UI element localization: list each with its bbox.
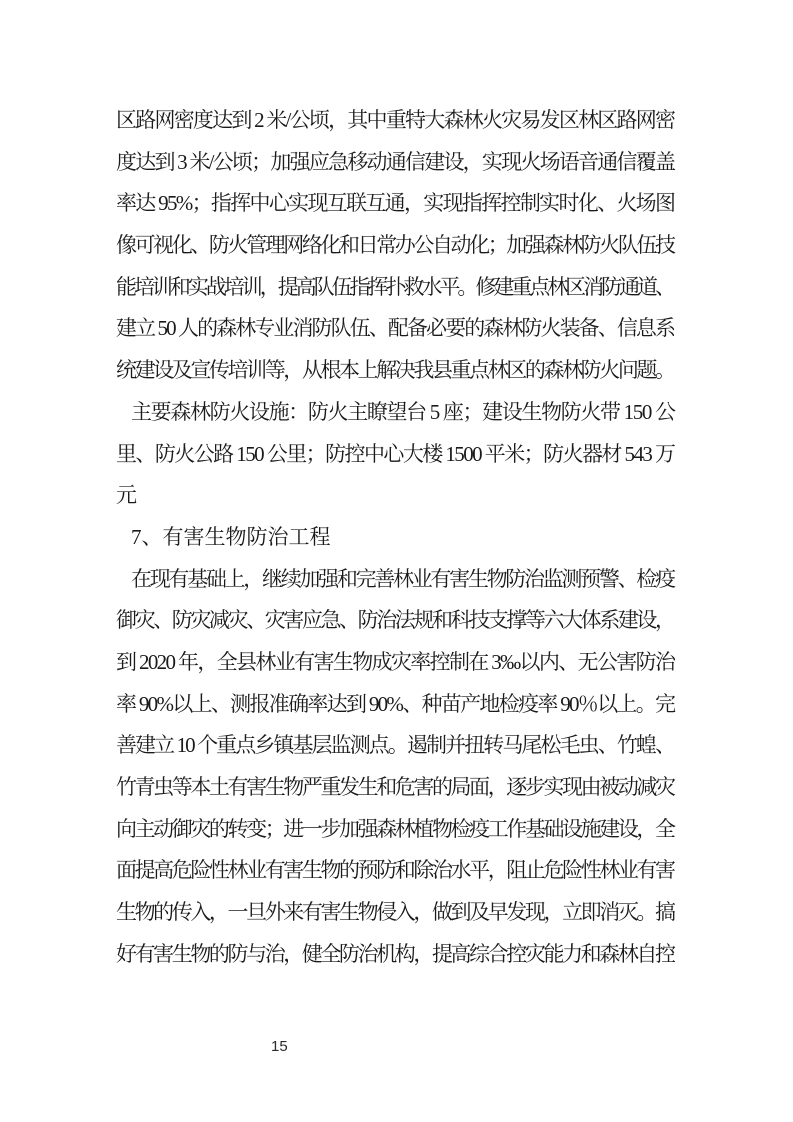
text-line-content: 度达到 3 米/公顷；加强应急移动通信建设，实现火场语音通信覆盖	[116, 150, 674, 174]
text-line-content: 向主动御灾的转变；进一步加强森林植物检疫工作基础设施建设，全	[116, 817, 674, 841]
text-line-content: 好有害生物的防与治，健全防治机构，提高综合控灾能力和森林自控	[116, 942, 674, 966]
text-line: 区路网密度达到 2 米/公顷，其中重特大森林火灾易发区林区路网密	[116, 100, 676, 142]
text-line-content: 区路网密度达到 2 米/公顷，其中重特大森林火灾易发区林区路网密	[116, 108, 674, 132]
document-page: 区路网密度达到 2 米/公顷，其中重特大森林火灾易发区林区路网密度达到 3 米/…	[0, 0, 793, 1122]
text-line-content: 7、有害生物防治工程	[131, 525, 331, 549]
text-line-content: 建立 50 人的森林专业消防队伍、配备必要的森林防火装备、信息系	[116, 316, 674, 340]
text-line-content: 生物的传入，一旦外来有害生物侵入，做到及早发现，立即消灭。搞	[116, 900, 674, 924]
text-line: 元	[116, 475, 676, 517]
text-line: 率 90%以上、测报准确率达到 90%、种苗产地检疫率 90％以上。完	[116, 684, 676, 726]
text-line-content: 面提高危险性林业有害生物的预防和除治水平，阻止危险性林业有害	[116, 858, 674, 882]
text-line: 御灾、防灾减灾、灾害应急、防治法规和科技支撑等六大体系建设，	[116, 600, 676, 642]
text-line-content: 像可视化、防火管理网络化和日常办公自动化；加强森林防火队伍技	[116, 233, 674, 257]
text-line: 到 2020 年，全县林业有害生物成灾率控制在 3‰以内、无公害防治	[116, 642, 676, 684]
body-text-block: 区路网密度达到 2 米/公顷，其中重特大森林火灾易发区林区路网密度达到 3 米/…	[116, 100, 676, 975]
text-line: 统建设及宣传培训等，从根本上解决我县重点林区的森林防火问题。	[116, 350, 676, 392]
text-line: 里、防火公路 150 公里；防控中心大楼 1500 平米；防火器材 543 万	[116, 434, 676, 476]
text-line: 向主动御灾的转变；进一步加强森林植物检疫工作基础设施建设，全	[116, 809, 676, 851]
text-line: 建立 50 人的森林专业消防队伍、配备必要的森林防火装备、信息系	[116, 308, 676, 350]
text-line: 像可视化、防火管理网络化和日常办公自动化；加强森林防火队伍技	[116, 225, 676, 267]
text-line-content: 里、防火公路 150 公里；防控中心大楼 1500 平米；防火器材 543 万	[116, 442, 674, 466]
text-line-content: 统建设及宣传培训等，从根本上解决我县重点林区的森林防火问题。	[116, 358, 674, 382]
text-line-content: 率达 95%；指挥中心实现互联互通，实现指挥控制实时化、火场图	[116, 191, 674, 215]
text-line-content: 到 2020 年，全县林业有害生物成灾率控制在 3‰以内、无公害防治	[116, 650, 674, 674]
text-line-content: 率 90%以上、测报准确率达到 90%、种苗产地检疫率 90％以上。完	[116, 692, 674, 716]
text-line-content: 善建立 10 个重点乡镇基层监测点。遏制并扭转马尾松毛虫、竹蝗、	[116, 733, 674, 757]
text-line: 主要森林防火设施：防火主瞭望台 5 座；建设生物防火带 150 公	[116, 392, 676, 434]
text-line-content: 在现有基础上，继续加强和完善林业有害生物防治监测预警、检疫	[131, 567, 674, 591]
text-line: 竹青虫等本土有害生物严重发生和危害的局面，逐步实现由被动减灾	[116, 767, 676, 809]
text-line: 在现有基础上，继续加强和完善林业有害生物防治监测预警、检疫	[116, 559, 676, 601]
text-line: 善建立 10 个重点乡镇基层监测点。遏制并扭转马尾松毛虫、竹蝗、	[116, 725, 676, 767]
text-line: 生物的传入，一旦外来有害生物侵入，做到及早发现，立即消灭。搞	[116, 892, 676, 934]
text-line-content: 主要森林防火设施：防火主瞭望台 5 座；建设生物防火带 150 公	[131, 400, 675, 424]
text-line: 度达到 3 米/公顷；加强应急移动通信建设，实现火场语音通信覆盖	[116, 142, 676, 184]
text-line: 7、有害生物防治工程	[116, 517, 676, 559]
text-line: 好有害生物的防与治，健全防治机构，提高综合控灾能力和森林自控	[116, 934, 676, 976]
text-line: 面提高危险性林业有害生物的预防和除治水平，阻止危险性林业有害	[116, 850, 676, 892]
text-line-content: 能培训和实战培训，提高队伍指挥扑救水平。修建重点林区消防通道、	[116, 275, 673, 299]
page-number: 15	[271, 1038, 288, 1055]
text-line-content: 元	[116, 483, 137, 507]
text-line-content: 竹青虫等本土有害生物严重发生和危害的局面，逐步实现由被动减灾	[116, 775, 674, 799]
text-line-content: 御灾、防灾减灾、灾害应急、防治法规和科技支撑等六大体系建设，	[116, 608, 674, 632]
text-line: 能培训和实战培训，提高队伍指挥扑救水平。修建重点林区消防通道、	[116, 267, 676, 309]
text-line: 率达 95%；指挥中心实现互联互通，实现指挥控制实时化、火场图	[116, 183, 676, 225]
